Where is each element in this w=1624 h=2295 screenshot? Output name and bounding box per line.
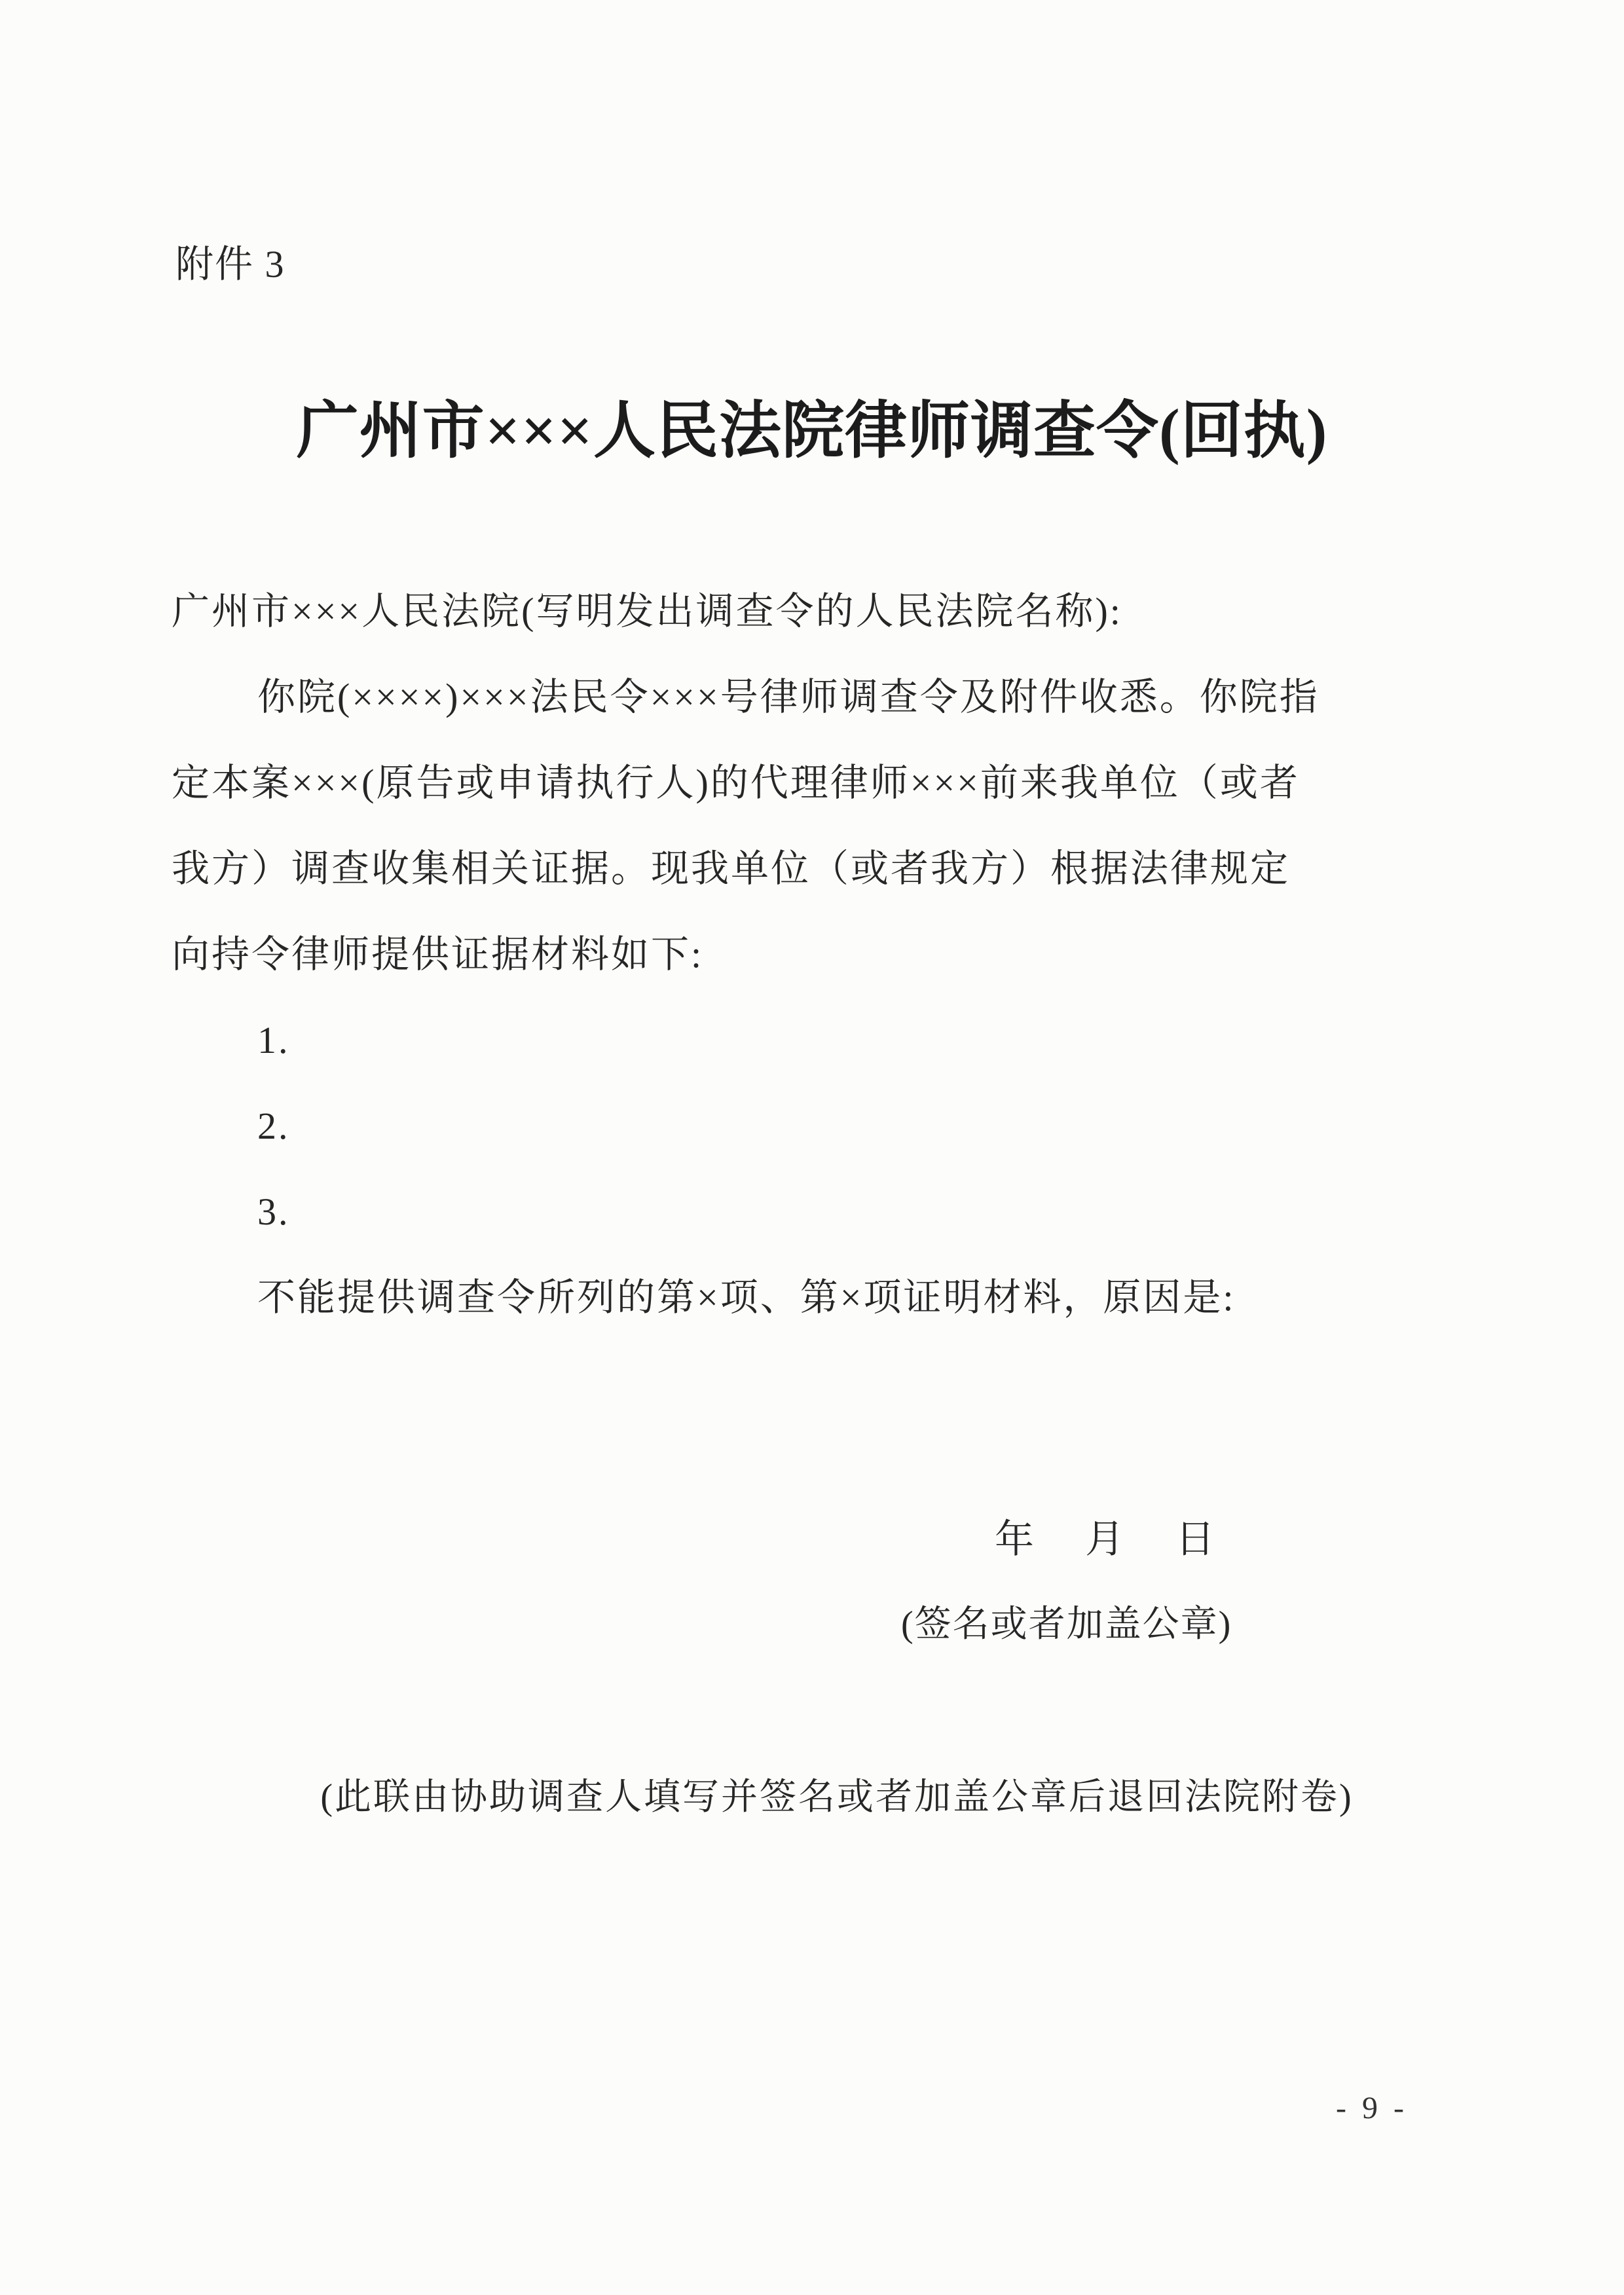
date-line: 年月日: [995, 1518, 1215, 1561]
body-line: 不能提供调查令所列的第×项、第×项证明材料，原因是:: [172, 1255, 1422, 1340]
document-body: 广州市×××人民法院(写明发出调查令的人民法院名称):你院(××××)×××法民…: [172, 568, 1422, 1340]
footer-note: (此联由协助调查人填写并签名或者加盖公章后退回法院附卷): [25, 1776, 1624, 1820]
body-line: 你院(××××)×××法民令×××号律师调查令及附件收悉。你院指: [172, 654, 1422, 740]
body-line: 1.: [172, 997, 1422, 1083]
attachment-label: 附件 3: [175, 244, 286, 285]
body-line: 我方）调查收集相关证据。现我单位（或者我方）根据法律规定: [172, 826, 1422, 911]
body-line: 向持令律师提供证据材料如下:: [172, 911, 1422, 997]
date-part: 日: [1175, 1518, 1215, 1561]
page-number: - 9 -: [1336, 2090, 1408, 2126]
date-part: 月: [1085, 1518, 1124, 1561]
body-line: 定本案×××(原告或申请执行人)的代理律师×××前来我单位（或者: [172, 740, 1422, 826]
document-page: 附件 3 广州市×××人民法院律师调查令(回执) 广州市×××人民法院(写明发出…: [0, 0, 1624, 2295]
signature-stamp-note: (签名或者加盖公章): [901, 1603, 1232, 1647]
document-title: 广州市×××人民法院律师调查令(回执): [0, 397, 1624, 466]
body-line: 广州市×××人民法院(写明发出调查令的人民法院名称):: [172, 568, 1422, 654]
body-line: 2.: [172, 1083, 1422, 1169]
date-part: 年: [995, 1518, 1034, 1561]
body-line: 3.: [172, 1169, 1422, 1255]
